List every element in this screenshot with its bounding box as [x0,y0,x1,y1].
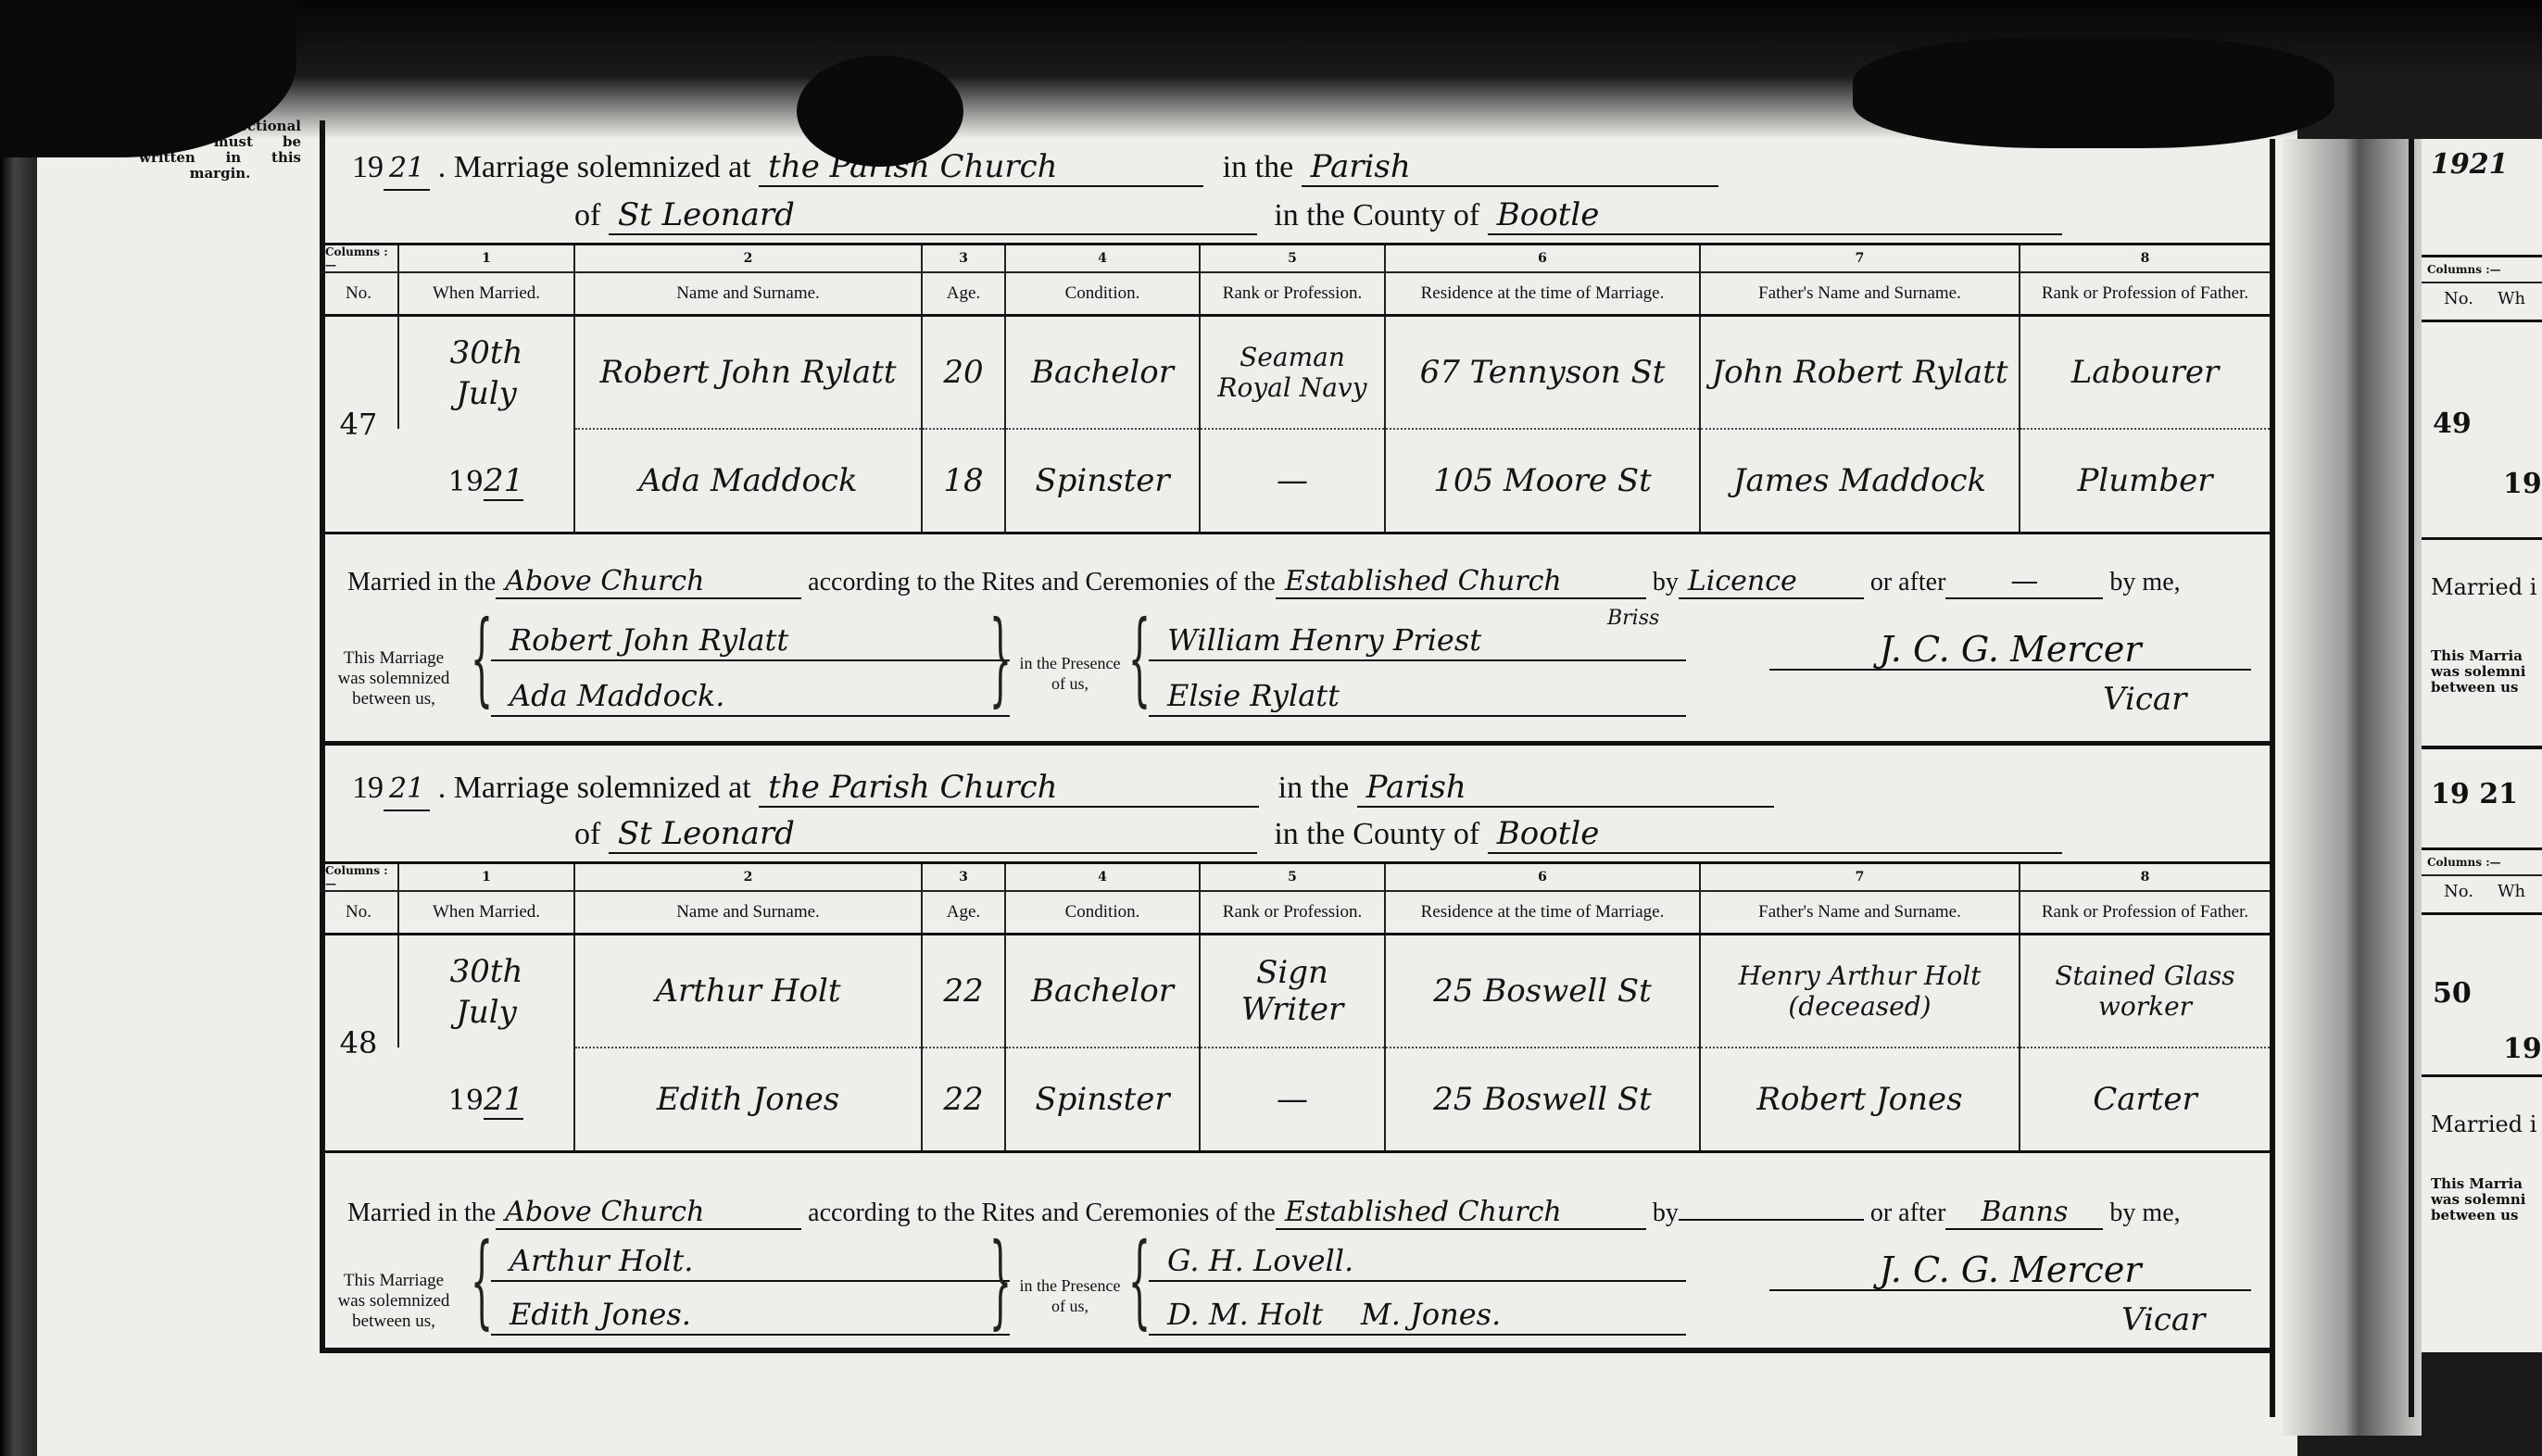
header-residence: Residence at the time of Marriage. [1385,891,1700,935]
groom-father-name: Henry Arthur Holt (deceased) [1700,935,2020,1048]
adjacent-page-fragment: 1921 Columns :— No. Wh 49 19 Married i T… [2422,139,2542,1352]
header-father-profession: Rank or Profession of Father. [2020,272,2270,316]
adjacent-sig-label: This Marria was solemni between us [2431,648,2542,696]
book-spine [0,0,37,1456]
header-residence: Residence at the time of Marriage. [1385,272,1700,316]
groom-profession: Seaman Royal Navy [1200,316,1385,430]
witness-2-signature: D. M. Holt M. Jones. [1149,1295,1686,1336]
left-brace: { [471,611,494,704]
page-right-rule [2270,139,2275,1417]
entry-title: 1921 . Marriage solemnized at the Parish… [352,769,1774,811]
bride-age: 18 [922,429,1005,532]
rites-field: Established Church [1276,565,1646,599]
groom-condition: Bachelor [1005,316,1200,430]
table-row-bride: 1921 Edith Jones 22 Spinster — 25 Boswel… [320,1048,2270,1150]
witness-1-signature: William Henry Priest [1149,621,1686,661]
bride-age: 22 [922,1048,1005,1150]
married-in-line: Married in theAbove Church according to … [347,1187,2181,1230]
when-married-year: 1921 [398,429,574,532]
witness-brace: { [1128,1234,1151,1326]
groom-residence: 67 Tennyson St [1385,316,1700,430]
adjacent-no-header: No. [2422,282,2496,316]
entry-subtitle: of St Leonard in the County of Bootle [574,815,2062,854]
header-name: Name and Surname. [574,891,922,935]
bride-condition: Spinster [1005,1048,1200,1150]
header-when-married: When Married. [398,272,574,316]
bride-father-profession: Plumber [2020,429,2270,532]
header-no: No. [320,891,398,935]
header-condition: Condition. [1005,272,1200,316]
married-in-field: Above Church [496,565,801,599]
table-row-bride: 1921 Ada Maddock 18 Spinster — 105 Moore… [320,429,2270,532]
solemnized-between-label: This Marriage was solemnized between us, [329,648,459,709]
groom-profession: Sign Writer [1200,935,1385,1048]
officiant-signature: J. C. G. Mercer [1769,1250,2251,1291]
header-when-married: When Married. [398,891,574,935]
adjacent-year-2: 19 21 [2431,778,2518,810]
groom-father-profession: Labourer [2020,316,2270,430]
married-in-field: Above Church [496,1196,801,1230]
bride-father-profession: Carter [2020,1048,2270,1150]
entry-separator [320,741,2270,746]
adjacent-year: 1921 [2431,148,2509,181]
groom-signature: Robert John Rylatt [491,621,1010,661]
district-type-field: Parish [1302,148,1718,187]
of-field: St Leonard [609,196,1257,235]
witness-2-signature: Elsie Rylatt [1149,676,1686,717]
entry-number: 48 [320,935,398,1151]
presence-label: in the Presence of us, [1019,1275,1121,1316]
groom-name: Robert John Rylatt [574,316,922,430]
header-profession: Rank or Profession. [1200,272,1385,316]
of-field: St Leonard [609,815,1257,854]
header-father-profession: Rank or Profession of Father. [2020,891,2270,935]
header-profession: Rank or Profession. [1200,891,1385,935]
year-field: 21 [384,152,430,191]
groom-signature: Arthur Holt. [491,1241,1010,1282]
when-married-day-month: 30thJuly [398,316,574,430]
or-after-field: Banns [1945,1196,2103,1230]
header-age: Age. [922,891,1005,935]
groom-father-profession: Stained Glass worker [2020,935,2270,1048]
bride-father-name: Robert Jones [1700,1048,2020,1150]
witness-brace: { [1128,611,1151,704]
bride-signature: Ada Maddock. [491,676,1010,717]
page-bottom-rule [320,1348,2270,1353]
header-father-name: Father's Name and Surname. [1700,891,2020,935]
adjacent-entry-number: 49 [2433,408,2472,440]
bride-profession: — [1200,429,1385,532]
header-name: Name and Surname. [574,272,922,316]
groom-age: 20 [922,316,1005,430]
or-after-field: — [1945,565,2103,599]
witness-annotation: Briss [1607,607,1659,630]
burn-damage-right [1853,37,2334,148]
county-field: Bootle [1488,196,2062,235]
bride-profession: — [1200,1048,1385,1150]
header-father-name: Father's Name and Surname. [1700,272,2020,316]
bride-condition: Spinster [1005,429,1200,532]
entry-table: Columns :— 1 2 3 4 5 6 7 8 No. When Marr… [320,861,2270,1153]
when-married-day-month: 30thJuly [398,935,574,1048]
groom-condition: Bachelor [1005,935,1200,1048]
adjacent-page-left-rule [2409,139,2414,1417]
table-row-groom: 48 30thJuly Arthur Holt 22 Bachelor Sign… [320,935,2270,1048]
right-brace: } [989,1234,1013,1326]
entry-table: Columns :— 1 2 3 4 5 6 7 8 No. When Marr… [320,243,2270,534]
place-field: the Parish Church [759,769,1259,808]
rites-field: Established Church [1276,1196,1646,1230]
header-age: Age. [922,272,1005,316]
left-brace: { [471,1234,494,1326]
header-no: No. [320,272,398,316]
adjacent-columns-label: Columns :— [2422,255,2542,283]
header-condition: Condition. [1005,891,1200,935]
presence-label: in the Presence of us, [1019,653,1121,694]
year-field: 21 [384,772,430,811]
married-in-line: Married in theAbove Church according to … [347,565,2181,599]
groom-name: Arthur Holt [574,935,922,1048]
adjacent-when-header: Wh [2498,282,2525,316]
solemnized-between-label: This Marriage was solemnized between us, [329,1271,459,1332]
right-brace: } [989,611,1013,704]
entry-title: 1921 . Marriage solemnized at the Parish… [352,148,1718,191]
entry-subtitle: of St Leonard in the County of Bootle [574,196,2062,235]
by-field [1679,1187,1864,1221]
groom-father-name: John Robert Rylatt [1700,316,2020,430]
adjacent-entry-number-2: 50 [2433,977,2472,1010]
adjacent-married-in: Married i [2431,574,2536,600]
officiant-title: Vicar [2121,1301,2205,1338]
ink-blot [797,56,963,167]
witness-1-signature: G. H. Lovell. [1149,1241,1686,1282]
groom-age: 22 [922,935,1005,1048]
bride-residence: 25 Boswell St [1385,1048,1700,1150]
groom-residence: 25 Boswell St [1385,935,1700,1048]
place-field: the Parish Church [759,148,1203,187]
district-type-field: Parish [1357,769,1774,808]
bride-name: Ada Maddock [574,429,922,532]
bride-name: Edith Jones [574,1048,922,1150]
bride-signature: Edith Jones. [491,1295,1010,1336]
by-field: Licence [1679,565,1864,599]
bride-residence: 105 Moore St [1385,429,1700,532]
bride-father-name: James Maddock [1700,429,2020,532]
page-gutter [2283,139,2422,1436]
officiant-signature: J. C. G. Mercer [1769,630,2251,671]
columns-label: Columns :— [320,245,398,272]
columns-label: Columns :— [320,864,398,891]
county-field: Bootle [1488,815,2062,854]
when-married-year: 1921 [398,1048,574,1150]
entry-number: 47 [320,316,398,533]
officiant-title: Vicar [2103,681,2186,718]
table-row-groom: 47 30thJuly Robert John Rylatt 20 Bachel… [320,316,2270,430]
